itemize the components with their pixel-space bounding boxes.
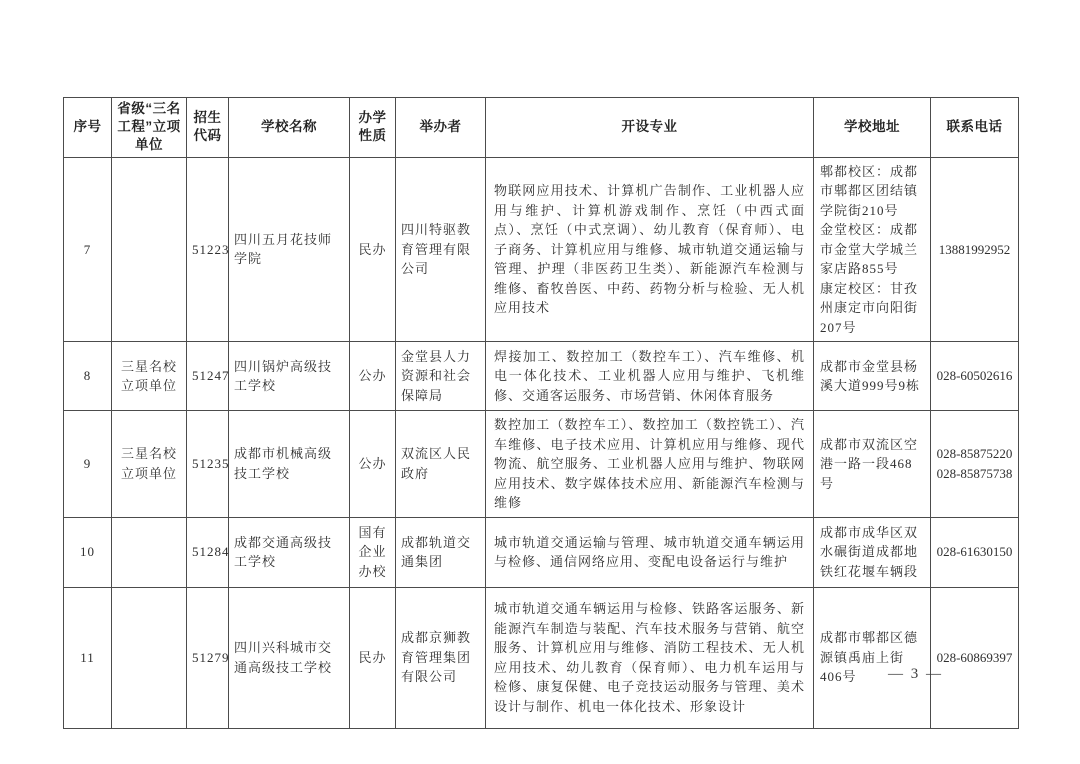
col-header-majors: 开设专业 (486, 98, 814, 158)
cell-address: 成都市金堂县杨溪大道999号9栋 (814, 342, 931, 411)
cell-majors: 物联网应用技术、计算机广告制作、工业机器人应用与维护、计算机游戏制作、烹饪（中西… (486, 157, 814, 342)
cell-organizer: 双流区人民政府 (396, 411, 486, 518)
cell-project (112, 157, 187, 342)
cell-code: 51279 (187, 587, 229, 728)
cell-address: 成都市郫都区德源镇禹庙上街406号 (814, 587, 931, 728)
cell-school: 四川兴科城市交通高级技工学校 (229, 587, 350, 728)
table-header-row: 序号 省级“三名工程”立项单位 招生代码 学校名称 办学性质 举办者 开设专业 … (64, 98, 1019, 158)
cell-seq: 8 (64, 342, 112, 411)
cell-seq: 7 (64, 157, 112, 342)
cell-majors: 焊接加工、数控加工（数控车工）、汽车维修、机电一体化技术、工业机器人应用与维护、… (486, 342, 814, 411)
cell-project (112, 587, 187, 728)
table-row: 7 51223 四川五月花技师学院 民办 四川特驱教育管理有限公司 物联网应用技… (64, 157, 1019, 342)
cell-address: 郫都校区：成都市郫都区团结镇学院街210号 金堂校区：成都市金堂大学城兰家店路8… (814, 157, 931, 342)
col-header-phone: 联系电话 (931, 98, 1019, 158)
cell-nature: 民办 (350, 157, 396, 342)
cell-seq: 11 (64, 587, 112, 728)
cell-nature: 公办 (350, 342, 396, 411)
cell-organizer: 成都轨道交通集团 (396, 517, 486, 587)
cell-organizer: 成都京狮教育管理集团有限公司 (396, 587, 486, 728)
col-header-code: 招生代码 (187, 98, 229, 158)
cell-address: 成都市成华区双水碾街道成都地铁红花堰车辆段 (814, 517, 931, 587)
col-header-seq: 序号 (64, 98, 112, 158)
col-header-organizer: 举办者 (396, 98, 486, 158)
school-table: 序号 省级“三名工程”立项单位 招生代码 学校名称 办学性质 举办者 开设专业 … (63, 97, 1019, 729)
cell-project: 三星名校 立项单位 (112, 342, 187, 411)
cell-organizer: 四川特驱教育管理有限公司 (396, 157, 486, 342)
cell-project (112, 517, 187, 587)
page-number: — 3 — (888, 666, 943, 683)
cell-nature: 国有企业办校 (350, 517, 396, 587)
cell-school: 四川五月花技师学院 (229, 157, 350, 342)
table-row: 11 51279 四川兴科城市交通高级技工学校 民办 成都京狮教育管理集团有限公… (64, 587, 1019, 728)
cell-majors: 城市轨道交通运输与管理、城市轨道交通车辆运用与检修、通信网络应用、变配电设备运行… (486, 517, 814, 587)
document-page: 序号 省级“三名工程”立项单位 招生代码 学校名称 办学性质 举办者 开设专业 … (0, 0, 1080, 764)
cell-phone: 13881992952 (931, 157, 1019, 342)
table-row: 8 三星名校 立项单位 51247 四川锅炉高级技工学校 公办 金堂县人力资源和… (64, 342, 1019, 411)
cell-majors: 数控加工（数控车工）、数控加工（数控铣工）、汽车维修、电子技术应用、计算机应用与… (486, 411, 814, 518)
cell-phone: 028-60502616 (931, 342, 1019, 411)
cell-majors: 城市轨道交通车辆运用与检修、铁路客运服务、新能源汽车制造与装配、汽车技术服务与营… (486, 587, 814, 728)
col-header-nature: 办学性质 (350, 98, 396, 158)
cell-code: 51235 (187, 411, 229, 518)
cell-code: 51284 (187, 517, 229, 587)
cell-school: 四川锅炉高级技工学校 (229, 342, 350, 411)
cell-code: 51223 (187, 157, 229, 342)
cell-seq: 9 (64, 411, 112, 518)
cell-phone: 028-85875220 028-85875738 (931, 411, 1019, 518)
col-header-school: 学校名称 (229, 98, 350, 158)
col-header-address: 学校地址 (814, 98, 931, 158)
table-row: 9 三星名校 立项单位 51235 成都市机械高级技工学校 公办 双流区人民政府… (64, 411, 1019, 518)
cell-phone: 028-60869397 (931, 587, 1019, 728)
col-header-project: 省级“三名工程”立项单位 (112, 98, 187, 158)
cell-school: 成都交通高级技工学校 (229, 517, 350, 587)
cell-phone: 028-61630150 (931, 517, 1019, 587)
cell-nature: 民办 (350, 587, 396, 728)
table-row: 10 51284 成都交通高级技工学校 国有企业办校 成都轨道交通集团 城市轨道… (64, 517, 1019, 587)
cell-project: 三星名校 立项单位 (112, 411, 187, 518)
cell-nature: 公办 (350, 411, 396, 518)
cell-address: 成都市双流区空港一路一段468号 (814, 411, 931, 518)
cell-school: 成都市机械高级技工学校 (229, 411, 350, 518)
cell-seq: 10 (64, 517, 112, 587)
cell-code: 51247 (187, 342, 229, 411)
cell-organizer: 金堂县人力资源和社会保障局 (396, 342, 486, 411)
